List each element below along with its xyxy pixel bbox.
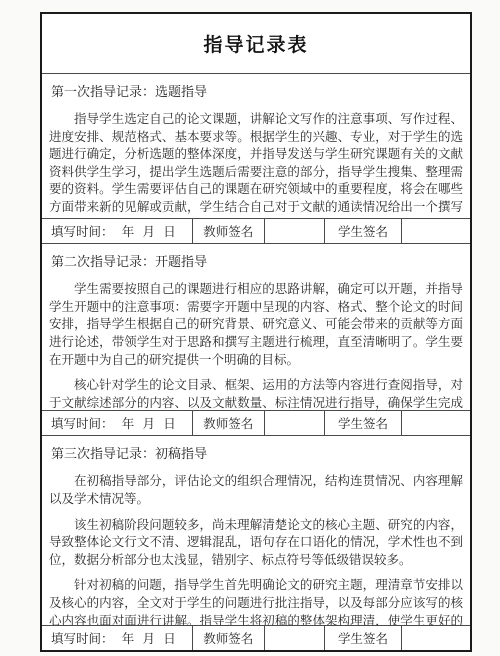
- paragraph: 针对初稿的问题，指导学生首先明确论文的研究主题，理清章节安排以及核心的内容，全文…: [49, 576, 463, 625]
- section-first-guidance: 第一次指导记录：选题指导 指导学生选定自己的论文课题，讲解论文写作的注意事项、写…: [42, 74, 470, 218]
- day-label: 日: [163, 222, 176, 240]
- fill-time-cell: 填写时间： 年 月 日: [42, 626, 192, 650]
- teacher-sign-label: 教师签名: [192, 626, 264, 650]
- fill-time-cell: 填写时间： 年 月 日: [42, 219, 192, 243]
- year-label: 年: [122, 414, 135, 432]
- month-label: 月: [143, 629, 156, 647]
- student-sign-field: [401, 411, 470, 435]
- month-label: 月: [143, 414, 156, 432]
- fill-time-label: 填写时间：: [51, 222, 114, 240]
- section-third-guidance: 第三次指导记录：初稿指导 在初稿指导部分，评估论文的组织合理情况，结构连贯情况、…: [42, 436, 470, 625]
- teacher-sign-field: [264, 219, 324, 243]
- section-heading: 第三次指导记录：初稿指导: [51, 446, 463, 464]
- month-label: 月: [143, 222, 156, 240]
- teacher-sign-field: [264, 626, 324, 650]
- page-title: 指导记录表: [203, 30, 308, 57]
- day-label: 日: [163, 629, 176, 647]
- section-second-guidance: 第二次指导记录：开题指导 学生需要按照自己的课题进行相应的思路讲解，确定可以开题…: [42, 244, 470, 410]
- student-sign-label: 学生签名: [324, 626, 402, 650]
- section-heading: 第二次指导记录：开题指导: [51, 254, 463, 272]
- section-heading: 第一次指导记录：选题指导: [51, 84, 463, 102]
- student-sign-field: [401, 219, 470, 243]
- fill-time-cell: 填写时间： 年 月 日: [42, 411, 192, 435]
- paragraph: 指导学生选定自己的论文课题，讲解论文写作的注意事项、写作过程、进度安排、规范格式…: [49, 110, 463, 218]
- teacher-sign-label: 教师签名: [192, 219, 264, 243]
- student-sign-label: 学生签名: [324, 411, 402, 435]
- signature-row: 填写时间： 年 月 日 教师签名 学生签名: [42, 218, 470, 244]
- teacher-sign-label: 教师签名: [192, 411, 264, 435]
- paragraph: 学生需要按照自己的课题进行相应的思路讲解，确定可以开题，并指导学生开题中的注意事…: [49, 280, 463, 368]
- year-label: 年: [122, 222, 135, 240]
- student-sign-label: 学生签名: [324, 219, 402, 243]
- day-label: 日: [163, 414, 176, 432]
- student-sign-field: [401, 626, 470, 650]
- paragraph: 该生初稿阶段问题较多，尚未理解清楚论文的核心主题、研究的内容，导致整体论文行文不…: [49, 516, 463, 569]
- fill-time-label: 填写时间：: [51, 414, 114, 432]
- signature-row: 填写时间： 年 月 日 教师签名 学生签名: [42, 625, 470, 650]
- paragraph: 核心针对学生的论文目录、框架、运用的方法等内容进行查阅指导，对于文献综述部分的内…: [49, 376, 463, 410]
- fill-time-label: 填写时间：: [51, 629, 114, 647]
- form-title-row: 指导记录表: [42, 14, 470, 74]
- guidance-record-form: 指导记录表 第一次指导记录：选题指导 指导学生选定自己的论文课题，讲解论文写作的…: [40, 12, 472, 652]
- paragraph: 在初稿指导部分，评估论文的组织合理情况，结构连贯情况、内容理解以及学术情况等。: [49, 472, 463, 507]
- teacher-sign-field: [264, 411, 324, 435]
- year-label: 年: [122, 629, 135, 647]
- signature-row: 填写时间： 年 月 日 教师签名 学生签名: [42, 410, 470, 436]
